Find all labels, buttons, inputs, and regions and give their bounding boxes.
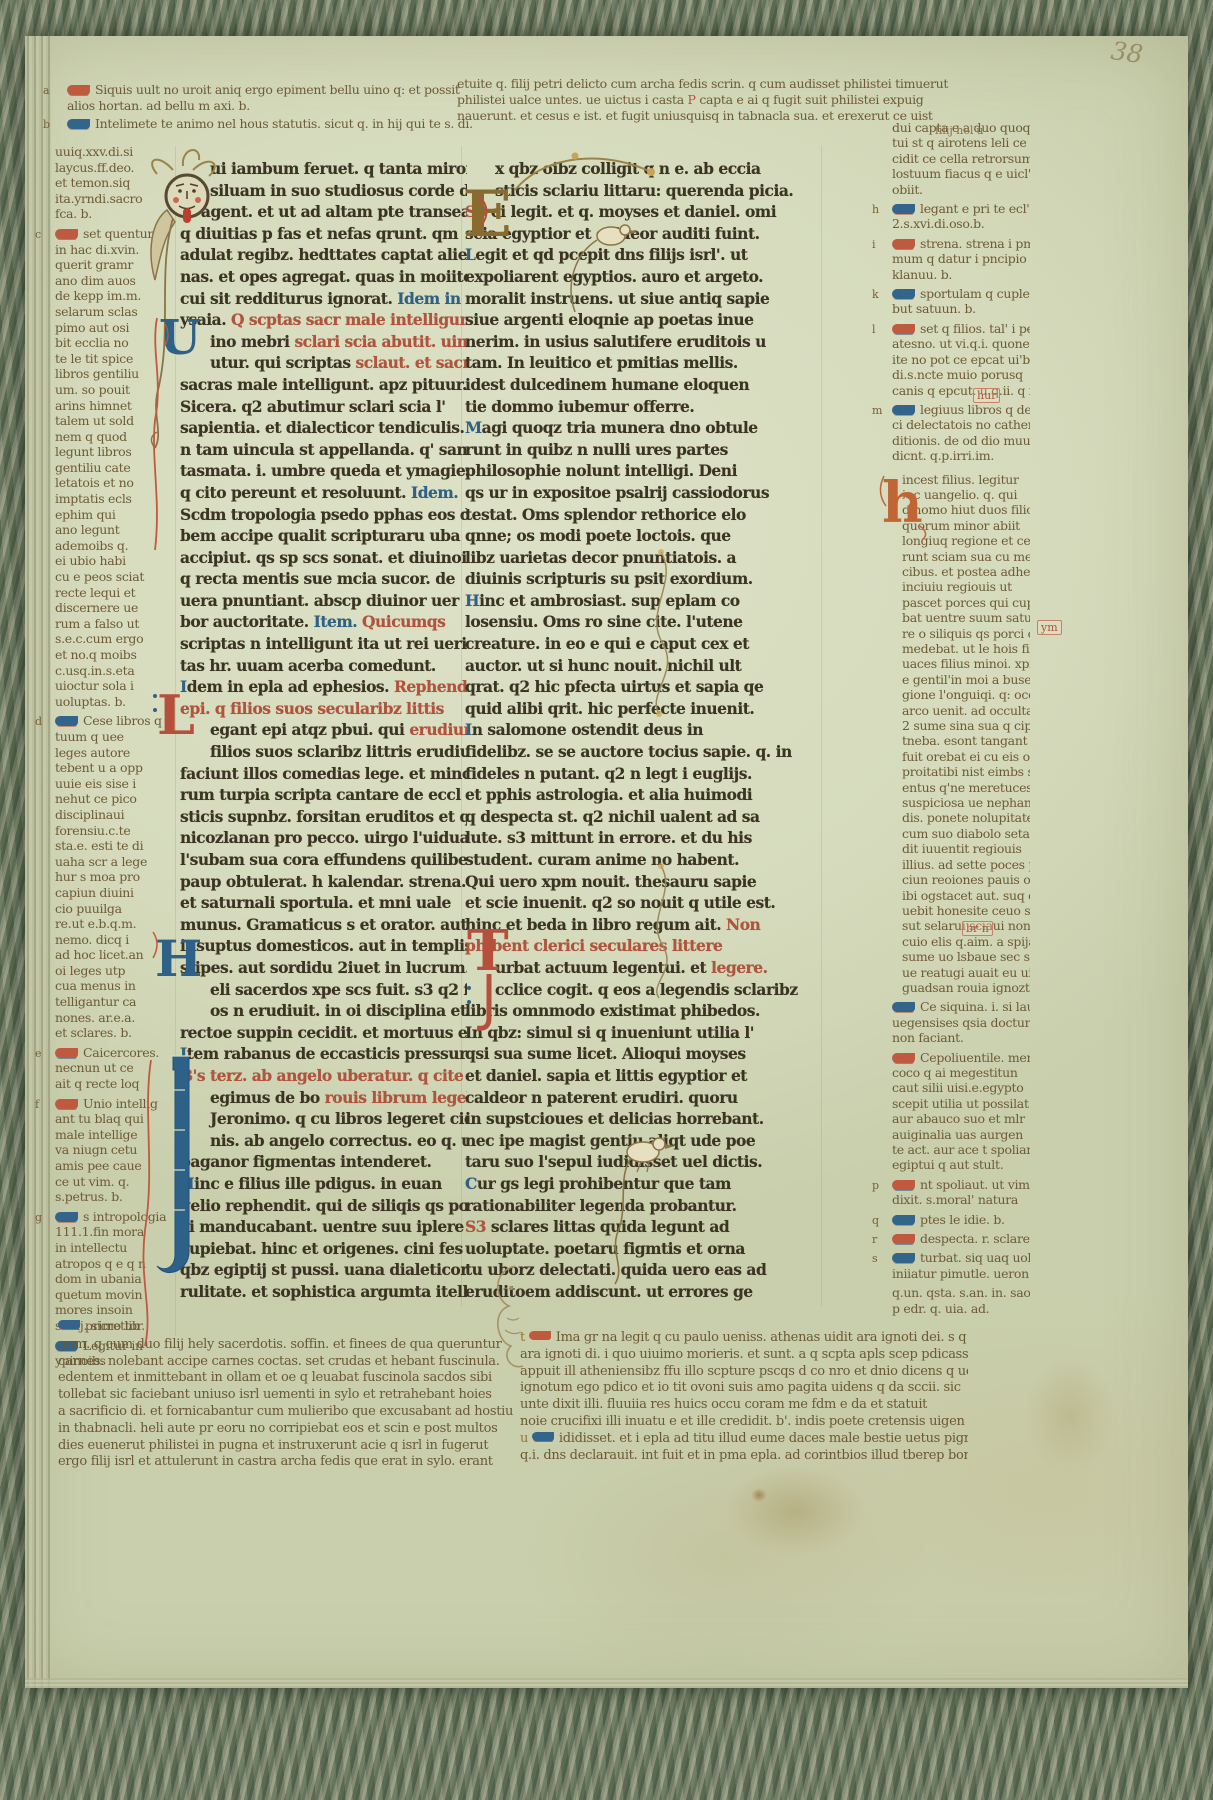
gloss-line: nem q quod xyxy=(55,429,185,445)
text-line: phibent clerici seculares littere xyxy=(465,935,817,957)
text-line: scia egyptior et caldeor auditi fuint. xyxy=(465,223,817,245)
gloss-line: nemo. dicq i xyxy=(55,932,185,948)
parchment-page: 38 aSiquis uult no uroit aniq ergo epime… xyxy=(25,36,1188,1688)
gloss-line: va niugn cetu xyxy=(55,1142,185,1158)
text-line: et saturnali sportula. et mni uale xyxy=(180,892,467,914)
gloss-line: et no.q moibs xyxy=(55,647,185,663)
gloss-line: ephim qui xyxy=(55,507,185,523)
gloss-line: ditionis. de od dio muut xyxy=(892,433,1030,448)
gloss-line: nehut ce pico xyxy=(55,791,185,807)
gloss-line: uaces filius minoi. xpis xyxy=(902,656,1030,671)
gloss-line: tui st q airotens leli ce xyxy=(892,135,1030,150)
gloss-line: ce ut vim. q. xyxy=(55,1174,185,1190)
gloss-line: leges autore xyxy=(55,745,185,761)
gloss-line: ademoibs q. xyxy=(55,538,185,554)
gloss-line: ano legunt xyxy=(55,522,185,538)
text-line: appuit ill atheniensibz ffu illo scpture… xyxy=(520,1364,968,1381)
gloss-entry: Cepoliuentile. mercoco q ai megestitunca… xyxy=(872,1050,1030,1173)
gloss-line: klanuu. b. xyxy=(892,267,1030,282)
text-line: q diuitias p fas et nefas qrunt. qm xyxy=(180,223,467,245)
gloss-entry: ksportulam q cuplebut satuun. b. xyxy=(872,286,1030,317)
text-line: student. curam anime no habent. xyxy=(465,849,817,871)
paraph-mark-icon xyxy=(892,1253,915,1263)
gloss-line: p edr. q. uia. ad. xyxy=(892,1301,1030,1316)
gloss-line: Unio intellig xyxy=(83,1096,185,1112)
text-line: sticis supnbz. forsitan eruditos et q. xyxy=(180,806,467,828)
gloss-line: nt spoliaut. ut vim. qu. xyxy=(920,1177,1030,1192)
gloss-line: strena. strena i pmiuo xyxy=(920,236,1030,251)
gloss-line: male intellige xyxy=(55,1127,185,1143)
gloss-line: entus q'ne meretuces. ad xyxy=(902,780,1030,795)
gloss-line: libros gentiliu xyxy=(55,366,185,382)
gloss-entry: istrena. strena i pmiuomum q datur i pnc… xyxy=(872,236,1030,282)
text-line: qsi sua sume licet. Alioqui moyses xyxy=(465,1043,817,1065)
text-line: Item rabanus de eccasticis pressuris. xyxy=(180,1043,467,1065)
gloss-line: sume uo lsbaue sec set e xyxy=(902,949,1030,964)
text-line: runt in quibz n nulli ures partes xyxy=(465,439,817,461)
gloss-line: obiit. xyxy=(892,182,1030,197)
text-line: q.i. dns declarauit. int fuit et in pma … xyxy=(520,1448,968,1465)
text-line: sticis sclariu littaru: querenda picia. xyxy=(465,180,817,202)
ruling-line xyxy=(821,146,822,1306)
gloss-line: aur abauco suo et mlr xyxy=(892,1111,1030,1126)
gloss-line: 111.1.fin mora xyxy=(55,1224,185,1240)
text-line: t Ima gr na legit q cu paulo ueniss. ath… xyxy=(520,1330,968,1347)
gloss-line: uuiq.xxv.di.si xyxy=(55,144,185,160)
text-line: auctor. ut si hunc nouit. nichil ult xyxy=(465,655,817,677)
gloss-line: recte lequi et xyxy=(55,585,185,601)
text-line: urbat actuum legentui. et legere. xyxy=(465,957,817,979)
gloss-line: um. so pouit xyxy=(55,382,185,398)
gloss-entry: mlegiuus libros q delectaci delectatois … xyxy=(872,402,1030,464)
paraph-mark-icon xyxy=(892,324,915,334)
gloss-line: dis. ponete nolupitate xyxy=(902,810,1030,825)
gloss-line: in intellectu xyxy=(55,1240,185,1256)
gloss-line: atropos q e q n xyxy=(55,1256,185,1272)
gloss-line: c.usq.in.s.eta xyxy=(55,663,185,679)
gloss-line: tebent u a opp xyxy=(55,760,185,776)
text-line: edentem et inmittebant in ollam et oe q … xyxy=(58,1370,536,1387)
gloss-line: ptes le idie. b. xyxy=(920,1212,1030,1227)
gloss-letter-marker: g xyxy=(35,1210,42,1226)
gloss-line: egiptui q aut stult. xyxy=(892,1157,1030,1172)
paraph-mark-icon xyxy=(892,405,915,415)
gloss-letter-marker: b xyxy=(43,117,50,133)
text-line: u ididisset. et i epla ad titu illud eum… xyxy=(520,1431,968,1448)
text-line: qrat. q2 hic pfecta uirtus et sapia qe xyxy=(465,676,817,698)
gloss-line: dit iuuentit regiouis xyxy=(902,841,1030,856)
gloss-line: Cepoliuentile. mer xyxy=(920,1050,1030,1065)
text-line: nicozlanan pro pecco. uirgo l'uidua. xyxy=(180,827,467,849)
gloss-line: cu e peos sciat xyxy=(55,569,185,585)
margin-note-tag: br n xyxy=(962,921,993,936)
gloss-line: in hac di.xvin. xyxy=(55,242,185,258)
text-line: eruditoem addiscunt. ut errores ge xyxy=(465,1281,817,1303)
gloss-entry: gs intropologia111.1.fin morain intellec… xyxy=(35,1209,185,1334)
gloss-entry: uuiq.xxv.di.silaycus.ff.deo.et temon.siq… xyxy=(35,144,185,222)
text-line: et daniel. sapia et littis egyptior et xyxy=(465,1065,817,1087)
text-line: scriptas n intelligunt ita ut rei ueri xyxy=(180,633,467,655)
text-line: expoliarent egyptios. auro et argeto. xyxy=(465,266,817,288)
gloss-line: gione l'onguiqi. q: oceam xyxy=(902,687,1030,702)
text-line: cupiebat. hinc et origenes. cini fes et … xyxy=(180,1238,467,1260)
gloss-line: non faciant. xyxy=(892,1030,1030,1045)
text-line: in supstcioues et delicias horrebant. xyxy=(465,1108,817,1130)
text-line: tasmata. i. umbre queda et ymagies xyxy=(180,460,467,482)
text-line: Idem in epla ad ephesios. Rephendit xyxy=(180,676,467,698)
gloss-line: dicnt. q.p.irri.im. xyxy=(892,448,1030,463)
parchment-stain xyxy=(725,1466,865,1556)
gloss-entry: q.un. qsta. s.an. in. saop edr. q. uia. … xyxy=(872,1285,1030,1316)
paraph-mark-icon xyxy=(55,229,78,239)
gloss-line: alios hortan. ad bellu m axi. b. xyxy=(67,98,473,114)
gloss-line: despecta. r. sclares l'astui xyxy=(920,1231,1030,1246)
gloss-line: ci delectatois no cathem xyxy=(892,417,1030,432)
gloss-line: d homo hiut duos filios. xyxy=(902,502,1030,517)
gloss-line: uebit honesite ceuo sait xyxy=(902,903,1030,918)
text-line: philistei ualce untes. ue uictus i casta… xyxy=(457,92,957,108)
gloss-entry: bIntelimete te animo nel hous statutis. … xyxy=(43,116,473,132)
text-line: gum. q cum duo filij hely sacerdotis. so… xyxy=(58,1337,536,1354)
right-margin-gloss: dui capta e a duo quoqz mortui st q airo… xyxy=(872,120,1030,1320)
gloss-entry: fUnio intelligant tu blaq quimale intell… xyxy=(35,1096,185,1205)
margin-note-tag: filij hel'u xyxy=(935,124,984,137)
text-line: egant epi atqz pbui. qui erudiunt xyxy=(180,719,467,741)
gloss-line: auiginalia uas aurgen xyxy=(892,1127,1030,1142)
text-line: filios suos sclaribz littris erudiunt. xyxy=(180,741,467,763)
left-margin-gloss: uuiq.xxv.di.silaycus.ff.deo.et temon.siq… xyxy=(35,144,185,1373)
text-line: q despecta st. q2 nichil ualent ad sa xyxy=(465,806,817,828)
gloss-line: imptatis ecls xyxy=(55,491,185,507)
gloss-line: atesno. ut vi.q.i. quone xyxy=(892,336,1030,351)
text-line: ara ignoti di. i quo uiuimo morieris. et… xyxy=(520,1347,968,1364)
text-line: noie crucifixi illi inuatu e et ille cre… xyxy=(520,1414,968,1431)
paraph-mark-icon xyxy=(892,289,915,299)
gloss-line: necnun ut ce xyxy=(55,1060,185,1076)
text-line: gelio rephendit. qui de siliqis qs po xyxy=(180,1195,467,1217)
gloss-letter-marker: f xyxy=(35,1097,39,1113)
gloss-line: uuie eis sise i xyxy=(55,776,185,792)
gloss-line: tneba. esont tangant uele xyxy=(902,733,1030,748)
gloss-letter-marker: k xyxy=(872,287,878,302)
gloss-line: incest filius. legitur xyxy=(902,472,1030,487)
gloss-line: ciun reoiones pauis op xyxy=(902,872,1030,887)
text-line: qnne; os modi poete loctois. que xyxy=(465,525,817,547)
text-line: nas. et opes agregat. quas in moiito xyxy=(180,266,467,288)
gloss-line: pascet porces qui cupie xyxy=(902,595,1030,610)
text-line: In qbz: simul si q inueniunt utilia l' xyxy=(465,1022,817,1044)
gloss-entry: dCese libros qtuum q ueeleges autoretebe… xyxy=(35,713,185,1040)
gloss-entry: eCaicercores.necnun ut ceait q recte loq xyxy=(35,1045,185,1092)
gloss-line: set quentur xyxy=(83,226,185,242)
bottom-gloss-right: t Ima gr na legit q cu paulo ueniss. ath… xyxy=(520,1330,968,1464)
text-line: carnes. nolebant accipe carnes coctas. s… xyxy=(58,1354,536,1371)
gloss-letter-marker: q xyxy=(872,1213,879,1228)
gloss-line: Ce siquina. i. si laubus xyxy=(920,999,1030,1014)
text-line: S3 ei legit. et q. moyses et daniel. omi xyxy=(465,201,817,223)
text-column-1: ui iambum feruet. q tanta mirorsiluam in… xyxy=(180,158,467,1302)
gloss-line: uegensises qsia doctur xyxy=(892,1015,1030,1030)
text-line: unte dixit illi. fluuiia res huics occu … xyxy=(520,1397,968,1414)
text-line: bem accipe qualit scripturaru uba xyxy=(180,525,467,547)
text-line: tas hr. uuam acerba comedunt. xyxy=(180,655,467,677)
gloss-line: re.ut e.b.q.m. xyxy=(55,916,185,932)
gloss-line: ad hoc licet.an xyxy=(55,947,185,963)
gloss-line: s.e.c.cum ergo xyxy=(55,631,185,647)
gloss-line: ant tu blaq qui xyxy=(55,1111,185,1127)
gloss-letter-marker: s xyxy=(872,1251,877,1266)
gloss-line: mum q datur i pncipio xyxy=(892,251,1030,266)
text-line: cclice cogit. q eos a legendis sclaribz xyxy=(465,979,817,1001)
text-line: tie dommo iubemur offerre. xyxy=(465,396,817,418)
text-line: utur. qui scriptas sclaut. et sacra xyxy=(180,352,467,374)
text-line: accipiut. qs sp scs sonat. et diuinoi co… xyxy=(180,547,467,569)
gloss-letter-marker: i xyxy=(872,237,875,252)
gloss-line: gentiliu cate xyxy=(55,460,185,476)
text-line: os n erudiuit. in oi disciplina et cor xyxy=(180,1000,467,1022)
gloss-line: forensiu.c.te xyxy=(55,823,185,839)
gloss-entry: sturbat. siq uaq uole iiniiatur pimutle.… xyxy=(872,1250,1030,1281)
gloss-line: caut silii uisi.e.egypto xyxy=(892,1080,1030,1095)
paraph-mark-icon xyxy=(55,1048,78,1058)
paraph-mark-icon xyxy=(67,85,90,95)
gloss-line: et temon.siq xyxy=(55,175,185,191)
bottom-gloss-header: primo lib xyxy=(58,1318,536,1335)
text-line: S3 sclares littas quida legunt ad xyxy=(465,1216,817,1238)
text-line: dies euenerut philistei in pugna et inst… xyxy=(58,1438,536,1455)
gloss-line: e gentil'in moi a buse inte xyxy=(902,672,1030,687)
text-line: Magi quoqz tria munera dno obtule xyxy=(465,417,817,439)
gloss-line: cibus. et postea adhesit ui xyxy=(902,564,1030,579)
gloss-line: discernere ue xyxy=(55,600,185,616)
text-line: rationabiliter legenda probantur. xyxy=(465,1195,817,1217)
text-line: hinc et beda in libro regum ait. Non xyxy=(465,914,817,936)
paraph-mark-icon xyxy=(892,239,915,249)
gloss-line: set q filios. tal' i pessit xyxy=(920,321,1030,336)
text-line: creature. in eo e qui e caput cex et xyxy=(465,633,817,655)
gloss-line: hur s moa pro xyxy=(55,869,185,885)
gloss-line: sportulam q cuple xyxy=(920,286,1030,301)
text-line: caldeor n paterent erudiri. quoru xyxy=(465,1087,817,1109)
gloss-line: bit ecclia no xyxy=(55,335,185,351)
gloss-line: ita.yrndi.sacro xyxy=(55,191,185,207)
text-line: ci manducabant. uentre suu iplere xyxy=(180,1216,467,1238)
gloss-line: inciuiu regiouis ut xyxy=(902,579,1030,594)
text-line: idest dulcedinem humane eloquen xyxy=(465,374,817,396)
paraph-mark-icon xyxy=(892,1180,915,1190)
gloss-line: guadsan rouia ignozt xyxy=(902,980,1030,995)
gloss-line: dom in ubania xyxy=(55,1271,185,1287)
gloss-line: legunt libros xyxy=(55,444,185,460)
gloss-line: 2 sume sina sua q cipne xyxy=(902,718,1030,733)
text-line: tam. In leuitico et pmitias mellis. xyxy=(465,352,817,374)
text-line: moralit instruens. ut siue antiq sapie xyxy=(465,288,817,310)
gloss-entry: rdespecta. r. sclares l'astui xyxy=(872,1231,1030,1246)
gloss-line: uoluptas. b. xyxy=(55,694,185,710)
paraph-mark-icon xyxy=(892,1215,915,1225)
gloss-line: illius. ad sette poces pau xyxy=(902,857,1030,872)
text-line: rulitate. et sophistica argumta itelligi… xyxy=(180,1281,467,1303)
gloss-line: 2.s.xvi.di.oso.b. xyxy=(892,216,1030,231)
gloss-line: quetum movin xyxy=(55,1287,185,1303)
text-line: faciunt illos comedias lege. et mino xyxy=(180,763,467,785)
gloss-entry: aSiquis uult no uroit aniq ergo epiment … xyxy=(43,82,473,114)
gloss-line: inc uangelio. q. qui xyxy=(902,487,1030,502)
gloss-line: disciplinaui xyxy=(55,807,185,823)
text-line: et agent. et ut ad altam pte transea. xyxy=(180,201,467,223)
gloss-line: canis q epcut. u.q.ii. q f xyxy=(892,383,1030,398)
gloss-line: rum a falso ut xyxy=(55,616,185,632)
text-line: paup obtulerat. h kalendar. strena. xyxy=(180,871,467,893)
gloss-line: lostuum fiacus q e uicl' xyxy=(892,166,1030,181)
paraph-mark-icon xyxy=(55,716,78,726)
gloss-line: Siquis uult no uroit aniq ergo epiment b… xyxy=(95,82,473,98)
text-line: tollebat sic faciebant uniuso isrl uemen… xyxy=(58,1387,536,1404)
gloss-line: de kepp im.m. xyxy=(55,288,185,304)
text-line: et scie inuenit. q2 so nouit q utile est… xyxy=(465,892,817,914)
gloss-line: te act. aur ace t spoliaret xyxy=(892,1142,1030,1157)
text-line: et pphis astrologia. et alia huimodi xyxy=(465,784,817,806)
text-line: Scdm tropologia psedo pphas eos de xyxy=(180,504,467,526)
text-line: uera pnuntiant. abscp diuinor uer xyxy=(180,590,467,612)
text-line: l'subam sua cora effundens quiliber xyxy=(180,849,467,871)
text-line: uoluptate. poetaru figmtis et orna xyxy=(465,1238,817,1260)
text-line: libris omnmodo existimat phibedos. xyxy=(465,1000,817,1022)
text-line: munus. Gramaticus s et orator. aut xyxy=(180,914,467,936)
text-line: bor auctoritate. Item. Quicumqs xyxy=(180,611,467,633)
gloss-line: capiun diuini xyxy=(55,885,185,901)
text-line: ino mebri sclari scia abutit. uino xyxy=(180,331,467,353)
text-line: sacras male intelligunt. apz pituur. xyxy=(180,374,467,396)
paraph-mark-icon xyxy=(67,119,90,129)
gloss-letter-marker: a xyxy=(43,83,49,99)
text-line: q recta mentis sue mcia sucor. de xyxy=(180,568,467,590)
gloss-line: suspiciosa ue nephan xyxy=(902,795,1030,810)
text-line: a sacrificio di. et fornicabantur cum mu… xyxy=(58,1404,536,1421)
gloss-line: proitatibi nist eimbs sci xyxy=(902,764,1030,779)
text-line: x qbz oibz colligit q n e. ab eccia xyxy=(465,158,817,180)
gloss-line: ibi ogstacet aut. suq que xyxy=(902,888,1030,903)
text-line: insuptus domesticos. aut in templis xyxy=(180,935,467,957)
gloss-line: laycus.ff.deo. xyxy=(55,160,185,176)
text-line: Legit et qd pcepit dns filijs isrl'. ut xyxy=(465,244,817,266)
text-line: siluam in suo studiosus corde distigut xyxy=(180,180,467,202)
gloss-line: fuit orebat ei cu eis os xyxy=(902,749,1030,764)
text-line: testat. Oms splendor rethorice elo xyxy=(465,504,817,526)
top-gloss-left: aSiquis uult no uroit aniq ergo epiment … xyxy=(43,82,473,134)
text-line: Cur gs legi prohibentur que tam xyxy=(465,1173,817,1195)
gloss-line: talem ut sold xyxy=(55,413,185,429)
gloss-line: cum suo diabolo setaroi xyxy=(902,826,1030,841)
text-line: losensiu. Oms ro sine cite. l'utene xyxy=(465,611,817,633)
text-line: egimus de bo rouis librum legebat. xyxy=(180,1087,467,1109)
gloss-line: Intelimete te animo nel hous statutis. s… xyxy=(95,116,473,132)
bottom-gloss-left: primo lib gum. q cum duo filij hely sace… xyxy=(58,1318,536,1471)
gloss-line: et sclares. b. xyxy=(55,1025,185,1041)
text-line: Jeronimo. q cu libros legeret cicero xyxy=(180,1108,467,1130)
gloss-line: turbat. siq uaq uole i xyxy=(920,1250,1030,1265)
text-line: quid alibi qrit. hic perfecte inuenit. xyxy=(465,698,817,720)
gloss-line: arins himnet xyxy=(55,398,185,414)
gloss-entry: qptes le idie. b. xyxy=(872,1212,1030,1227)
text-line: cui sit redditurus ignorat. Idem in xyxy=(180,288,467,310)
gloss-line: scepit utilia ut possilat xyxy=(892,1096,1030,1111)
gloss-line: re o siliquis qs porci com xyxy=(902,626,1030,641)
gloss-line: selarum sclas xyxy=(55,304,185,320)
gloss-line: ite no pot ce epcat ui'bn. xyxy=(892,352,1030,367)
gloss-line: quorum minor abiit xyxy=(902,518,1030,533)
gloss-line: iniiatur pimutle. ueron. xyxy=(892,1266,1030,1281)
text-line: q cito pereunt et resoluunt. Idem. xyxy=(180,482,467,504)
text-line: Qui uero xpm nouit. thesauru sapie xyxy=(465,871,817,893)
gloss-line: arco uenit. ad occulta l' xyxy=(902,703,1030,718)
text-line: rectoe suppin cecidit. et mortuus est. xyxy=(180,1022,467,1044)
text-line: paganor figmentas intenderet. xyxy=(180,1151,467,1173)
gloss-line: legant e pri te ecl'asti.ar. xyxy=(920,201,1030,216)
gloss-letter-marker: l xyxy=(872,322,875,337)
gloss-line: Cese libros q xyxy=(83,713,185,729)
gloss-line: bat uentre suum satura xyxy=(902,610,1030,625)
text-line: ysaia. Q scptas sacr male intelligunt xyxy=(180,309,467,331)
text-line: qs ur in expositoe psalrij cassiodorus xyxy=(465,482,817,504)
text-line: sapientia. et dialecticor tendiculis. q xyxy=(180,417,467,439)
gloss-letter-marker: e xyxy=(35,1046,41,1062)
gloss-line: cidit ce cella retrorsum xyxy=(892,151,1030,166)
gloss-line: cua menus in xyxy=(55,978,185,994)
gloss-line: amis pee caue xyxy=(55,1158,185,1174)
gloss-line: q.un. qsta. s.an. in. sao xyxy=(892,1285,1030,1300)
text-line: nerim. in usius salutifere eruditois u xyxy=(465,331,817,353)
parchment-stain xyxy=(1025,1356,1115,1476)
gloss-line: ano dim auos xyxy=(55,273,185,289)
gloss-line: coco q ai megestitun xyxy=(892,1065,1030,1080)
paraph-mark-icon xyxy=(892,1234,915,1244)
text-line: In salomone ostendit deus in xyxy=(465,719,817,741)
text-line: adulat regibz. hedttates captat alie xyxy=(180,244,467,266)
text-line: nis. ab angelo correctus. eo q. u xan xyxy=(180,1130,467,1152)
text-line: ui iambum feruet. q tanta miror xyxy=(180,158,467,180)
text-line: rum turpia scripta cantare de eccl xyxy=(180,784,467,806)
text-line: ergo filij isrl et attulerunt in castra … xyxy=(58,1454,536,1471)
gloss-entry: cset quenturin hac di.xvin.querit gramra… xyxy=(35,226,185,709)
gloss-line: ei ubio habi xyxy=(55,553,185,569)
gloss-entry: pnt spoliaut. ut vim. qu.dixit. s.moral'… xyxy=(872,1177,1030,1208)
text-line: siue argenti eloqnie ap poetas inue xyxy=(465,309,817,331)
gloss-line: letatois et no xyxy=(55,475,185,491)
text-line: libz uarietas decor pnuntiatois. a xyxy=(465,547,817,569)
gloss-line: longiuq regione et cetuo xyxy=(902,533,1030,548)
gloss-line: uioctur sola i xyxy=(55,678,185,694)
paraph-mark-icon xyxy=(892,204,915,214)
gloss-letter-marker: m xyxy=(872,403,882,418)
text-line: philosophie nolunt intelligi. Deni xyxy=(465,460,817,482)
gloss-line: but satuun. b. xyxy=(892,301,1030,316)
margin-note-tag: hur xyxy=(973,388,1000,403)
text-line: fideles n putant. q2 n legt i euglijs. xyxy=(465,763,817,785)
text-line: diuinis scripturis su psit exordium. xyxy=(465,568,817,590)
gloss-line: di.s.ncte muio porusq xyxy=(892,367,1030,382)
gloss-letter-marker: c xyxy=(35,227,41,243)
gloss-letter-marker: p xyxy=(872,1178,879,1193)
gloss-letter-marker: h xyxy=(872,202,879,217)
text-line: etuite q. filij petri delicto cum archa … xyxy=(457,76,957,92)
text-line: Sicera. q2 abutimur sclari scia l' xyxy=(180,396,467,418)
gloss-line: oi leges utp xyxy=(55,963,185,979)
text-line: Hinc e filius ille pdigus. in euan xyxy=(180,1173,467,1195)
paraph-mark-icon xyxy=(892,1002,915,1012)
gloss-line: ait q recte loq xyxy=(55,1076,185,1092)
gloss-letter-marker: r xyxy=(872,1232,877,1247)
